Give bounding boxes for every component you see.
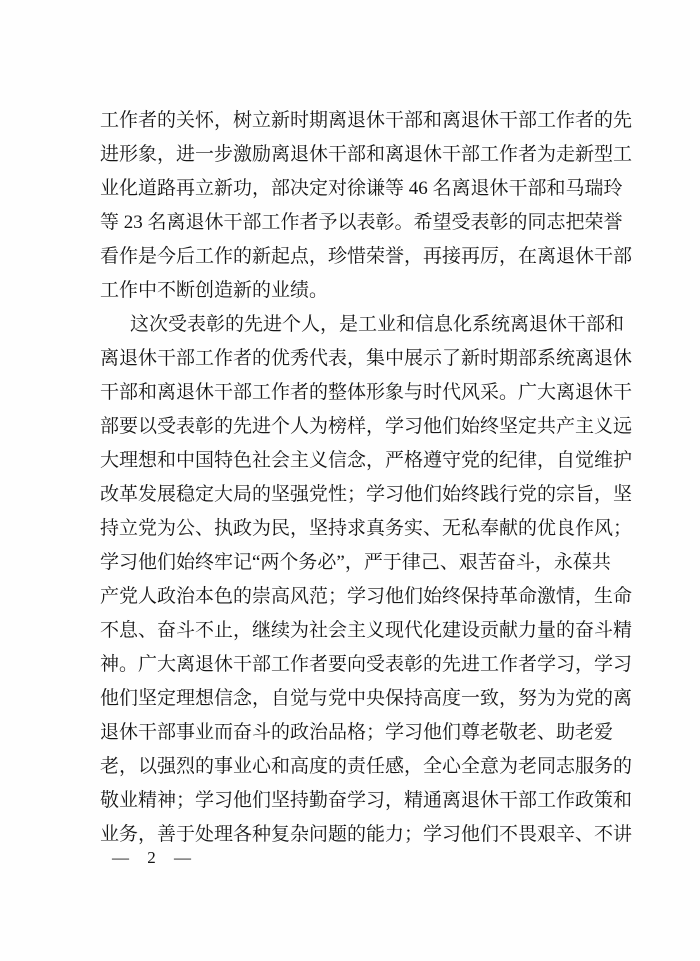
page-number: — 2 —	[112, 846, 193, 870]
text-line: 部要以受表彰的先进个人为榜样，学习他们始终坚定共产主义远	[100, 410, 606, 444]
text-line: 不息、奋斗不止，继续为社会主义现代化建设贡献力量的奋斗精	[100, 614, 606, 648]
text-line: 学习他们始终牢记“两个务必”，严于律己、艰苦奋斗，永葆共	[100, 546, 606, 580]
text-line: 这次受表彰的先进个人，是工业和信息化系统离退休干部和	[100, 308, 606, 342]
text-line: 工作者的关怀，树立新时期离退休干部和离退休干部工作者的先	[100, 104, 606, 138]
text-line: 大理想和中国特色社会主义信念，严格遵守党的纪律，自觉维护	[100, 444, 606, 478]
text-line: 退休干部事业而奋斗的政治品格；学习他们尊老敬老、助老爱	[100, 716, 606, 750]
document-page: 工作者的关怀，树立新时期离退休干部和离退休干部工作者的先 进形象，进一步激励离退…	[0, 0, 700, 961]
text-line: 干部和离退休干部工作者的整体形象与时代风采。广大离退休干	[100, 376, 606, 410]
text-line: 老，以强烈的事业心和高度的责任感，全心全意为老同志服务的	[100, 750, 606, 784]
text-line: 产党人政治本色的崇高风范；学习他们始终保持革命激情，生命	[100, 580, 606, 614]
text-line: 看作是今后工作的新起点，珍惜荣誉，再接再厉，在离退休干部	[100, 240, 606, 274]
text-line: 进形象，进一步激励离退休干部和离退休干部工作者为走新型工	[100, 138, 606, 172]
text-line: 神。广大离退休干部工作者要向受表彰的先进工作者学习，学习	[100, 648, 606, 682]
text-line: 业化道路再立新功，部决定对徐谦等 46 名离退休干部和马瑞玲	[100, 172, 606, 206]
body-text: 工作者的关怀，树立新时期离退休干部和离退休干部工作者的先 进形象，进一步激励离退…	[100, 104, 606, 852]
text-line: 改革发展稳定大局的坚强党性；学习他们始终践行党的宗旨，坚	[100, 478, 606, 512]
text-line: 持立党为公、执政为民，坚持求真务实、无私奉献的优良作风；	[100, 512, 606, 546]
text-line: 工作中不断创造新的业绩。	[100, 274, 606, 308]
text-line: 他们坚定理想信念，自觉与党中央保持高度一致，努为为党的离	[100, 682, 606, 716]
text-line: 离退休干部工作者的优秀代表，集中展示了新时期部系统离退休	[100, 342, 606, 376]
text-line: 等 23 名离退休干部工作者予以表彰。希望受表彰的同志把荣誉	[100, 206, 606, 240]
text-line: 敬业精神；学习他们坚持勤奋学习，精通离退休干部工作政策和	[100, 784, 606, 818]
